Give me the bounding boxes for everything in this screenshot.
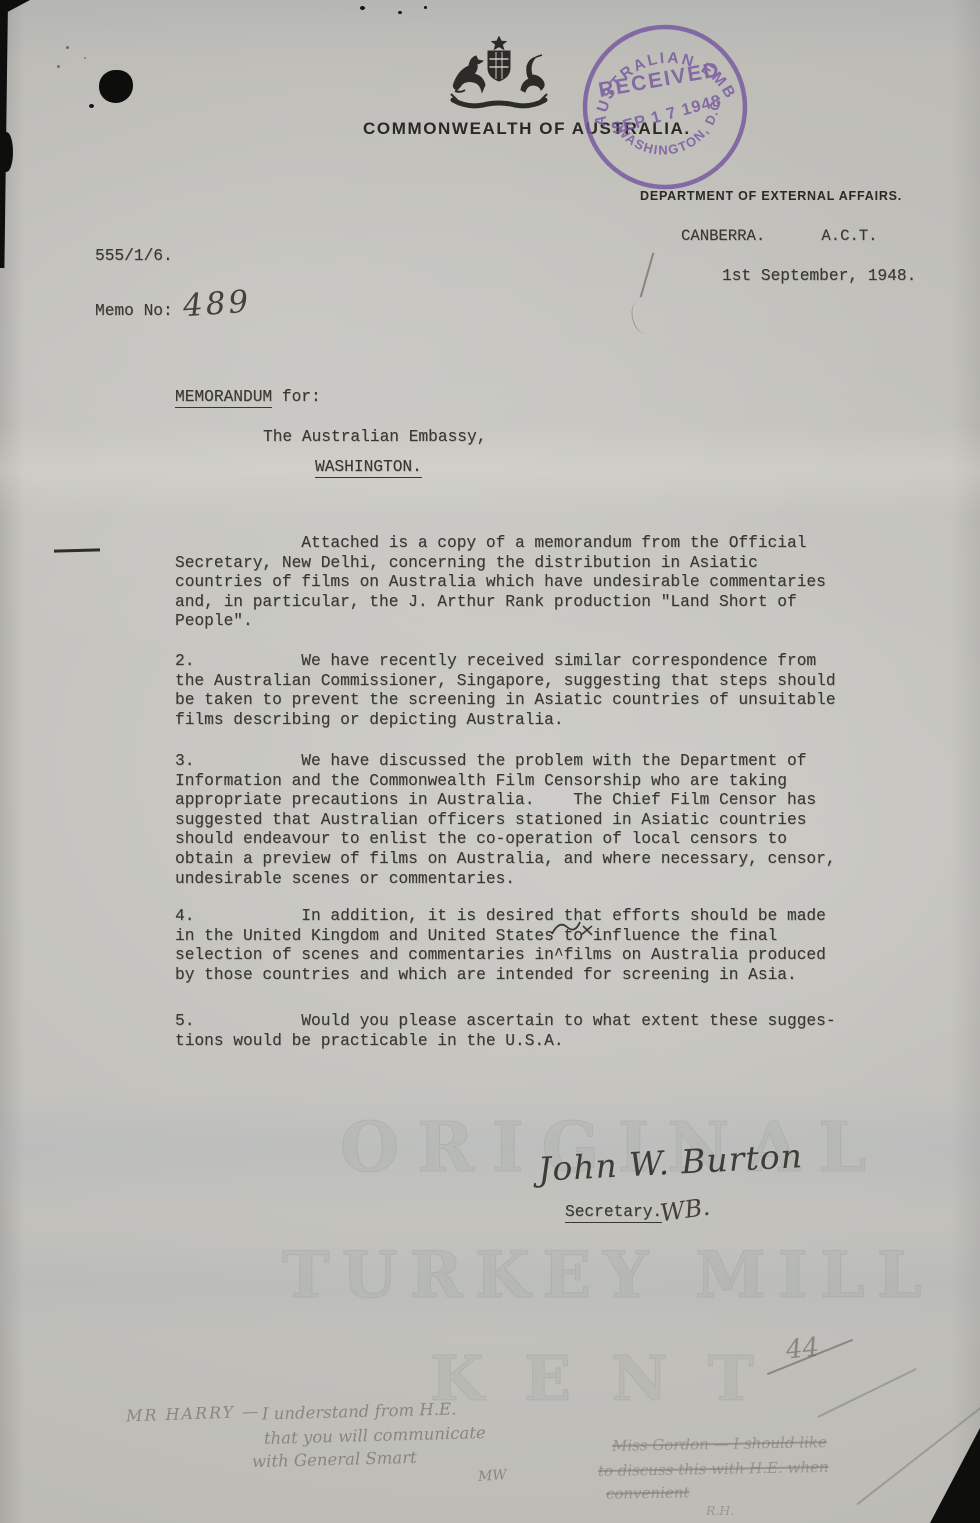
margin-dash	[54, 548, 100, 552]
signature-title: Secretary.	[565, 1203, 662, 1221]
for-label: for:	[272, 388, 321, 406]
secretary-label: Secretary.	[565, 1203, 662, 1223]
pencil-curve	[628, 298, 657, 336]
australian-coat-of-arms	[443, 30, 555, 110]
paragraph-1: Attached is a copy of a memorandum from …	[175, 534, 826, 632]
washington-label: WASHINGTON.	[315, 458, 422, 478]
paragraph-2: 2. We have recently received similar cor…	[175, 652, 836, 730]
embassy-received-stamp: AUSTRALIAN EMBASSY WASHINGTON, D.C. RECE…	[562, 4, 768, 210]
punch-hole	[99, 70, 133, 103]
ink-speck	[398, 11, 402, 14]
right-note-initials: R.H.	[706, 1503, 734, 1518]
left-note-salutation: MR HARRY —	[126, 1402, 261, 1426]
paragraph-4: 4. In addition, it is desired that effor…	[175, 907, 826, 985]
paragraph-5: 5. Would you please ascertain to what ex…	[175, 1012, 836, 1051]
date-line: 1st September, 1948.	[722, 267, 916, 285]
left-note-initials: MW	[477, 1467, 507, 1485]
right-note-line-3: convenient	[606, 1483, 690, 1502]
pencil-scribble	[817, 1368, 917, 1418]
dust-speck	[66, 46, 69, 49]
memo-number-handwritten: 489	[182, 284, 253, 325]
pencil-tick	[640, 253, 655, 298]
watermark-line-3: KENT	[430, 1342, 794, 1415]
city-line: CANBERRA. A.C.T.	[681, 227, 878, 245]
ink-speck	[424, 6, 427, 9]
document-page: COMMONWEALTH OF AUSTRALIA. DEPARTMENT OF…	[0, 0, 980, 1523]
signature-initials: WB.	[658, 1193, 711, 1228]
right-note-line-1: Miss Gordon — I should like	[612, 1433, 827, 1455]
ink-speck	[360, 6, 365, 10]
addressee-line: The Australian Embassy,	[263, 428, 486, 446]
top-left-corner-mark	[0, 0, 30, 16]
paragraph-3: 3. We have discussed the problem with th…	[175, 752, 836, 889]
left-edge-blob	[0, 132, 13, 172]
left-note-line-2: that you will communicate	[264, 1423, 486, 1448]
handwritten-correction-mark	[548, 908, 608, 940]
scan-band	[0, 425, 980, 515]
right-note-line-2: to discuss this with H.E. when	[598, 1458, 829, 1480]
addressee-city: WASHINGTON.	[315, 458, 422, 476]
watermark-line-2: TURKEY MILL	[282, 1238, 934, 1313]
left-note-line-1: I understand from H.E.	[262, 1399, 457, 1423]
file-number: 555/1/6.	[95, 247, 173, 265]
dust-speck	[57, 65, 60, 68]
left-note-line-3: with General Smart	[252, 1448, 417, 1471]
memo-number-label: Memo No:	[95, 302, 173, 320]
memorandum-for-line: MEMORANDUM for:	[175, 388, 321, 406]
memorandum-label: MEMORANDUM	[175, 388, 272, 408]
dust-speck	[84, 57, 86, 59]
ink-speck	[89, 104, 94, 108]
